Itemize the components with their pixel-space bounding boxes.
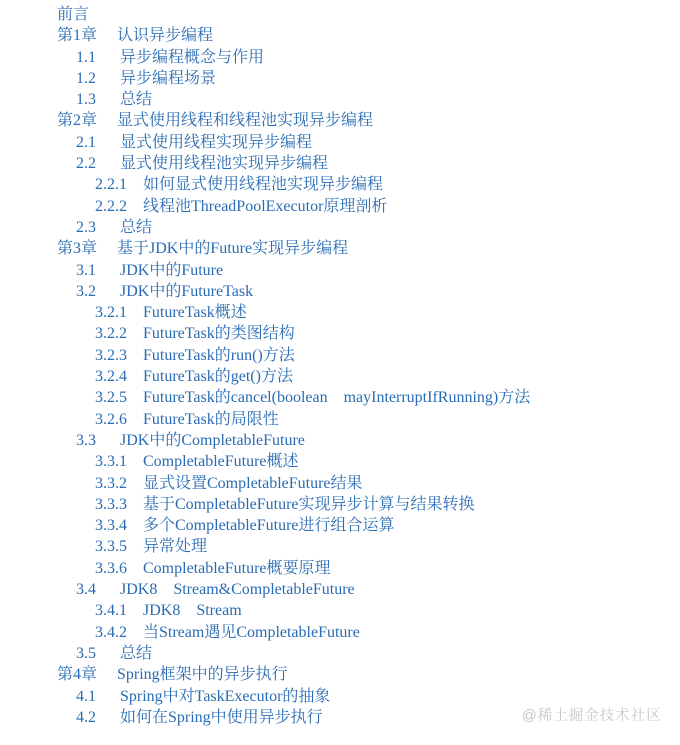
toc-entry-title: JDK中的CompletableFuture [120,430,305,451]
toc-entry-number: 3.2.6 [95,409,143,430]
toc-entry: 3.2.5FutureTask的cancel(boolean mayInterr… [0,387,680,408]
toc-entry-number: 3.2.5 [95,387,143,408]
toc-entry-number: 2.2 [76,153,120,174]
toc-entry-number: 第1章 [57,25,117,46]
toc-entry-title: 基于JDK中的Future实现异步编程 [117,238,348,259]
toc-entry: 2.2.2线程池ThreadPoolExecutor原理剖析 [0,196,680,217]
toc-entry-title: 多个CompletableFuture进行组合运算 [143,515,395,536]
toc-entry: 3.3.3基于CompletableFuture实现异步计算与结果转换 [0,494,680,515]
toc-entry: 第4章Spring框架中的异步执行 [0,664,680,685]
toc-entry-title: 异步编程场景 [120,68,216,89]
toc-entry: 3.1JDK中的Future [0,260,680,281]
toc-entry: 2.3总结 [0,217,680,238]
toc-entry-title: CompletableFuture概要原理 [143,558,331,579]
toc-entry-title: 显式使用线程实现异步编程 [120,132,312,153]
toc-entry: 3.2.6FutureTask的局限性 [0,409,680,430]
book-toc-page: 前言第1章认识异步编程1.1异步编程概念与作用1.2异步编程场景1.3总结第2章… [0,0,680,745]
toc-entry-title: 显式设置CompletableFuture结果 [143,473,363,494]
toc-entry-title: JDK8 Stream [143,600,242,621]
toc-entry: 3.5总结 [0,643,680,664]
toc-entry: 第2章显式使用线程和线程池实现异步编程 [0,110,680,131]
toc-entry-title: 当Stream遇见CompletableFuture [143,622,360,643]
toc-entry-number: 3.4.1 [95,600,143,621]
toc-entry-title: 异步编程概念与作用 [120,47,264,68]
toc-entry-title: FutureTask的cancel(boolean mayInterruptIf… [143,387,530,408]
toc-entry-title: Spring框架中的异步执行 [117,664,288,685]
toc-entry: 2.2.1如何显式使用线程池实现异步编程 [0,174,680,195]
toc-entry-title: 基于CompletableFuture实现异步计算与结果转换 [143,494,475,515]
toc-entry: 2.1显式使用线程实现异步编程 [0,132,680,153]
toc-entry-title: JDK中的Future [120,260,223,281]
toc-entry-number: 第2章 [57,110,117,131]
toc-entry-title: 显式使用线程和线程池实现异步编程 [117,110,373,131]
juejin-watermark: @稀土掘金技术社区 [522,704,662,725]
toc-entry: 3.2.3FutureTask的run()方法 [0,345,680,366]
toc-entry-number: 3.4 [76,579,120,600]
toc-entry-title: JDK8 Stream&CompletableFuture [120,579,355,600]
toc-entry: 第3章基于JDK中的Future实现异步编程 [0,238,680,259]
toc-entry-number: 3.3.6 [95,558,143,579]
toc-entry-number: 3.3.5 [95,536,143,557]
toc-entry-title: FutureTask的run()方法 [143,345,295,366]
toc-entry: 第1章认识异步编程 [0,25,680,46]
toc-entry: 3.3.4多个CompletableFuture进行组合运算 [0,515,680,536]
toc-entry-number: 3.2.4 [95,366,143,387]
toc-entry-title: CompletableFuture概述 [143,451,299,472]
toc-entry-number: 3.3.2 [95,473,143,494]
toc-entry-title: 总结 [120,89,152,110]
toc-entry: 3.4JDK8 Stream&CompletableFuture [0,579,680,600]
toc-entry-number: 3.2.1 [95,302,143,323]
toc-entry: 3.3.6CompletableFuture概要原理 [0,558,680,579]
toc-entry-title: FutureTask的get()方法 [143,366,293,387]
toc-entry-number: 2.3 [76,217,120,238]
toc-entry-number: 3.2.2 [95,323,143,344]
toc-entry-number: 3.5 [76,643,120,664]
toc-entry-title: 线程池ThreadPoolExecutor原理剖析 [143,196,387,217]
toc-entry-title: FutureTask的类图结构 [143,323,295,344]
toc-entry-number: 第4章 [57,664,117,685]
toc-entry: 1.3总结 [0,89,680,110]
toc-entry: 1.1异步编程概念与作用 [0,47,680,68]
toc-entry-number: 3.4.2 [95,622,143,643]
toc-entry-number: 3.3 [76,430,120,451]
toc-entry-number: 3.1 [76,260,120,281]
toc-entry: 3.2JDK中的FutureTask [0,281,680,302]
toc-entry: 3.4.1JDK8 Stream [0,600,680,621]
toc-entry: 3.2.4FutureTask的get()方法 [0,366,680,387]
toc-entry-number: 4.2 [76,707,120,728]
toc-entry-title: 显式使用线程池实现异步编程 [120,153,328,174]
toc-entry-number: 1.1 [76,47,120,68]
toc-entry-number: 2.2.1 [95,174,143,195]
toc-entry-title: FutureTask的局限性 [143,409,279,430]
toc-entry-number: 4.1 [76,686,120,707]
toc-entry-title: 总结 [120,643,152,664]
toc-entry: 3.3.5异常处理 [0,536,680,557]
toc-entry-title: 如何在Spring中使用异步执行 [120,707,323,728]
toc-entry-preface: 前言 [0,4,680,25]
toc-entry-title: 前言 [57,4,89,25]
toc-entry: 3.2.2FutureTask的类图结构 [0,323,680,344]
toc-entry-title: 认识异步编程 [117,25,213,46]
toc-entry-number: 3.2 [76,281,120,302]
toc-entry-title: FutureTask概述 [143,302,247,323]
toc-entry: 1.2异步编程场景 [0,68,680,89]
toc-entry-number: 3.3.4 [95,515,143,536]
toc-entry-number: 2.2.2 [95,196,143,217]
toc-entry-number: 3.3.1 [95,451,143,472]
toc-entry: 2.2显式使用线程池实现异步编程 [0,153,680,174]
toc-entry-title: 异常处理 [143,536,207,557]
toc-entry-number: 1.2 [76,68,120,89]
toc-entry: 3.3.2显式设置CompletableFuture结果 [0,473,680,494]
table-of-contents: 前言第1章认识异步编程1.1异步编程概念与作用1.2异步编程场景1.3总结第2章… [0,0,680,728]
toc-entry-title: JDK中的FutureTask [120,281,253,302]
toc-entry-number: 3.3.3 [95,494,143,515]
toc-entry: 3.3.1CompletableFuture概述 [0,451,680,472]
toc-entry-number: 第3章 [57,238,117,259]
toc-entry-title: Spring中对TaskExecutor的抽象 [120,686,330,707]
toc-entry-title: 如何显式使用线程池实现异步编程 [143,174,383,195]
toc-entry-number: 2.1 [76,132,120,153]
toc-entry: 3.2.1FutureTask概述 [0,302,680,323]
toc-entry: 3.3JDK中的CompletableFuture [0,430,680,451]
toc-entry-number: 3.2.3 [95,345,143,366]
toc-entry: 3.4.2当Stream遇见CompletableFuture [0,622,680,643]
toc-entry-title: 总结 [120,217,152,238]
toc-entry-number: 1.3 [76,89,120,110]
